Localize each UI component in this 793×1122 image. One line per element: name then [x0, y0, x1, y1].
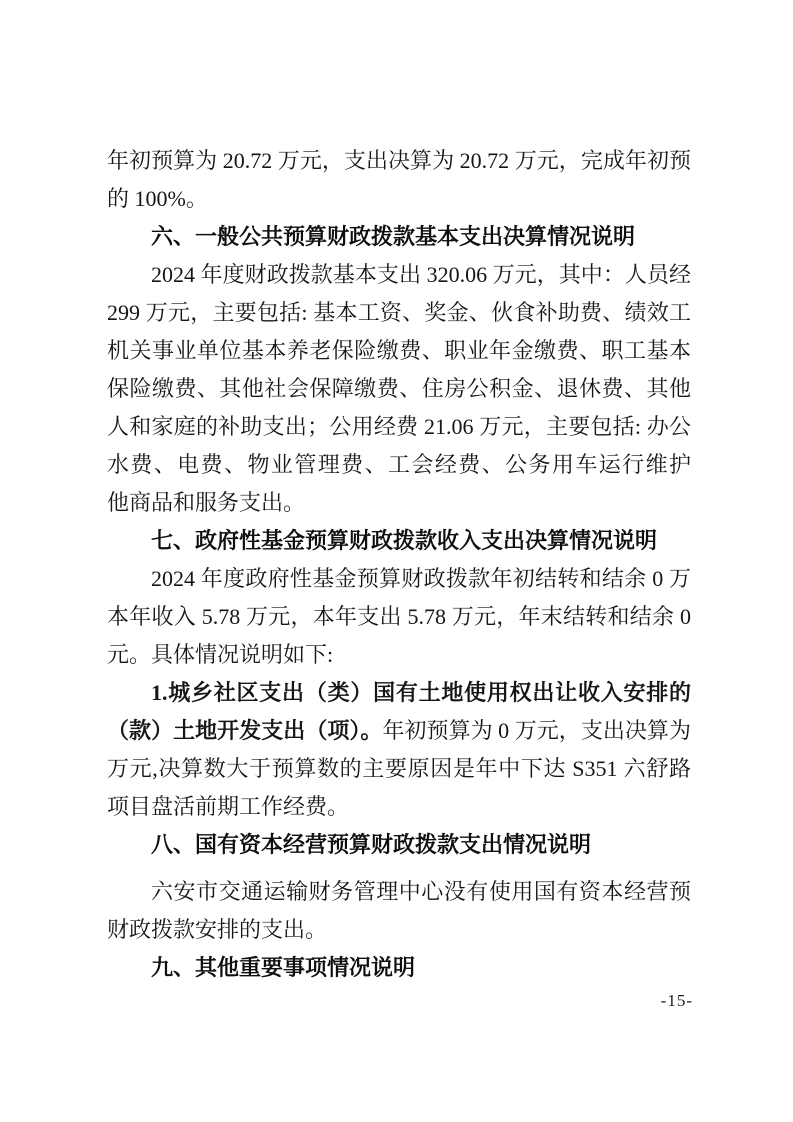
body-line: 人和家庭的补助支出；公用经费 21.06 万元，主要包括: 办公费、 — [107, 408, 691, 446]
body-line: 机关事业单位基本养老保险缴费、职业年金缴费、职工基本医疗 — [107, 332, 691, 370]
body-line: 保险缴费、其他社会保障缴费、住房公积金、退休费、其他对个 — [107, 370, 691, 408]
body-line: 299 万元，主要包括: 基本工资、奖金、伙食补助费、绩效工资、 — [107, 294, 691, 332]
body-line: 他商品和服务支出。 — [107, 484, 691, 522]
page-number: -15- — [661, 991, 693, 1011]
body-line: 万元,决算数大于预算数的主要原因是年中下达 S351 六舒路存量 — [107, 750, 691, 788]
body-line: 年初预算为 20.72 万元，支出决算为 20.72 万元，完成年初预算 — [107, 142, 691, 180]
body-line: 六安市交通运输财务管理中心没有使用国有资本经营预算 — [107, 873, 691, 911]
body-line: 2024 年度财政拨款基本支出 320.06 万元，其中：人员经费 — [107, 256, 691, 294]
section-heading-eight: 八、国有资本经营预算财政拨款支出情况说明 — [107, 826, 691, 864]
document-page: 年初预算为 20.72 万元，支出决算为 20.72 万元，完成年初预算 的 1… — [0, 0, 793, 1122]
section-heading-six: 六、一般公共预算财政拨款基本支出决算情况说明 — [107, 218, 691, 256]
body-line: 的 100%。 — [107, 180, 691, 218]
bold-text: 1.城乡社区支出（类）国有土地使用权出让收入安排的支出 — [107, 680, 691, 712]
document-content: 年初预算为 20.72 万元，支出决算为 20.72 万元，完成年初预算 的 1… — [107, 142, 691, 987]
body-line: 项目盘活前期工作经费。 — [107, 788, 691, 826]
body-line: 2024 年度政府性基金预算财政拨款年初结转和结余 0 万元， — [107, 560, 691, 598]
bold-text: （款）土地开发支出（项）。 — [107, 718, 382, 743]
body-line: 元。具体情况说明如下: — [107, 636, 691, 674]
body-line: 财政拨款安排的支出。 — [107, 911, 691, 949]
section-heading-seven: 七、政府性基金预算财政拨款收入支出决算情况说明 — [107, 522, 691, 560]
section-heading-nine: 九、其他重要事项情况说明 — [107, 949, 691, 987]
body-line: 水费、电费、物业管理费、工会经费、公务用车运行维护费、其 — [107, 446, 691, 484]
body-line: 本年收入 5.78 万元，本年支出 5.78 万元，年末结转和结余 0 万 — [107, 598, 691, 636]
body-line-bold-lead: 1.城乡社区支出（类）国有土地使用权出让收入安排的支出 — [107, 674, 691, 712]
body-line-mixed: （款）土地开发支出（项）。年初预算为 0 万元，支出决算为 5.78 — [107, 712, 691, 750]
